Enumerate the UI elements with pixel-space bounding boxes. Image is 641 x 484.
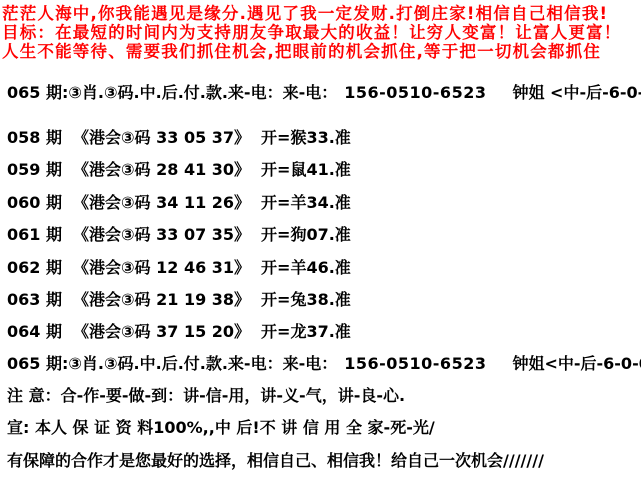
- tip-codes: 《港会③码 33 07 35》: [73, 226, 250, 244]
- issue-number: 060 期: [7, 194, 62, 212]
- tip-codes: 《港会③码 33 05 37》: [73, 129, 250, 147]
- tip-codes: 《港会③码 34 11 26》: [73, 194, 250, 212]
- result-row-061: 061 期 《港会③码 33 07 35》 开=狗07.准: [7, 226, 351, 244]
- phone-number: 156-0510-6523: [344, 355, 486, 373]
- phone-number: 156-0510-6523: [344, 84, 486, 102]
- issue-number: 058 期: [7, 129, 62, 147]
- tip-codes: 《港会③码 12 46 31》: [73, 259, 250, 277]
- contact-line-bottom: 065 期:③肖.③码.中.后.付.款.来-电：来-电： 156-0510-65…: [7, 355, 641, 373]
- contact-prefix: 065 期:③肖.③码.中.后.付.款.来-电：来-电：: [7, 84, 337, 102]
- slogan-line-2: 目标：在最短的时间内为支持朋友争取最大的收益！让穷人变富！让富人更富！: [2, 24, 622, 42]
- draw-result: 开=狗07.准: [261, 226, 351, 244]
- draw-result: 开=兔38.准: [261, 291, 351, 309]
- agent-info: 钟姐 <中-后-6-0-0元>: [512, 84, 641, 102]
- draw-result: 开=羊46.准: [261, 259, 351, 277]
- draw-result: 开=猴33.准: [261, 129, 351, 147]
- issue-number: 064 期: [7, 323, 62, 341]
- issue-number: 063 期: [7, 291, 62, 309]
- result-row-059: 059 期 《港会③码 28 41 30》 开=鼠41.准: [7, 161, 351, 179]
- tip-codes: 《港会③码 28 41 30》: [73, 161, 250, 179]
- draw-result: 开=羊34.准: [261, 194, 351, 212]
- result-row-062: 062 期 《港会③码 12 46 31》 开=羊46.准: [7, 259, 351, 277]
- slogan-line-3: 人生不能等待、需要我们抓住机会,把眼前的机会抓住,等于把一切机会都抓住: [2, 43, 601, 61]
- tip-sheet-page: { "colors": { "background": "#ffffff", "…: [0, 0, 641, 484]
- agent-info: 钟姐<中-后-6-0-0元>: [512, 355, 641, 373]
- result-row-060: 060 期 《港会③码 34 11 26》 开=羊34.准: [7, 194, 351, 212]
- result-row-064: 064 期 《港会③码 37 15 20》 开=龙37.准: [7, 323, 351, 341]
- result-row-063: 063 期 《港会③码 21 19 38》 开=兔38.准: [7, 291, 351, 309]
- draw-result: 开=鼠41.准: [261, 161, 351, 179]
- notice-line: 注 意：合-作-要-做-到：讲-信-用，讲-义-气，讲-良-心.: [7, 387, 405, 405]
- contact-line-top: 065 期:③肖.③码.中.后.付.款.来-电：来-电： 156-0510-65…: [7, 84, 641, 102]
- closing-line: 有保障的合作才是您最好的选择，相信自己、相信我！给自己一次机会///////: [7, 452, 544, 470]
- declaration-line: 宣: 本人 保 证 资 料100%,,中 后!不 讲 信 用 全 家-死-光/: [7, 419, 435, 437]
- issue-number: 059 期: [7, 161, 62, 179]
- tip-codes: 《港会③码 21 19 38》: [73, 291, 250, 309]
- issue-number: 061 期: [7, 226, 62, 244]
- draw-result: 开=龙37.准: [261, 323, 351, 341]
- issue-number: 062 期: [7, 259, 62, 277]
- contact-prefix: 065 期:③肖.③码.中.后.付.款.来-电：来-电：: [7, 355, 337, 373]
- tip-codes: 《港会③码 37 15 20》: [73, 323, 250, 341]
- slogan-line-1: 茫茫人海中,你我能遇见是缘分.遇见了我一定发财.打倒庄家!相信自己相信我!: [2, 5, 608, 23]
- result-row-058: 058 期 《港会③码 33 05 37》 开=猴33.准: [7, 129, 351, 147]
